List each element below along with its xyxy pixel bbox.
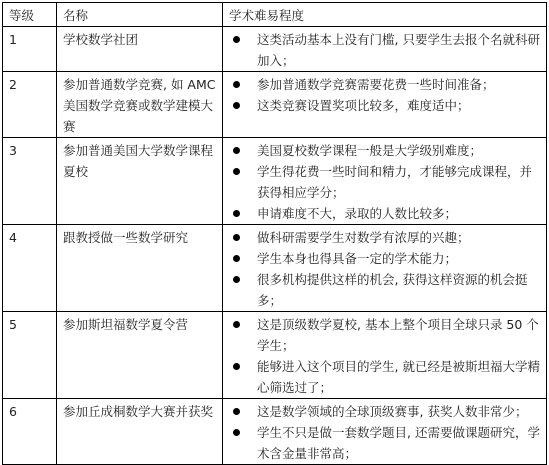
difficulty-cell: 这是数学领域的全球顶级赛事, 获奖人数非常少； 学生不只是做一套数学题目, 还需… [223, 399, 547, 458]
bullet-icon [233, 429, 240, 436]
bullet-icon [233, 321, 240, 328]
level-cell: 6 [3, 399, 57, 458]
bullet-icon [233, 36, 240, 43]
bullet-item: 这是顶级数学夏校, 基本上整个项目全球只录 50 个学生； [229, 314, 542, 356]
bullet-text: 学生不只是做一套数学题目, 还需要做课题研究，学术含金量非常高； [257, 425, 540, 457]
level-cell: 3 [3, 138, 57, 225]
bullet-item: 美国夏校数学课程一般是大学级别难度； [229, 140, 542, 161]
difficulty-cell: 美国夏校数学课程一般是大学级别难度； 学生得花费一些时间和精力，才能够完成课程，… [223, 138, 547, 225]
bullet-item: 很多机构提供这样的机会, 获得这样资源的机会挺多； [229, 269, 542, 311]
name-cell: 参加丘成桐数学大赛并获奖 [57, 399, 223, 458]
table-row: 6 参加丘成桐数学大赛并获奖 这是数学领域的全球顶级赛事, 获奖人数非常少； 学… [3, 399, 547, 458]
name-cell: 参加斯坦福数学夏令营 [57, 312, 223, 399]
bullet-text: 参加普通数学竞赛需要花费一些时间准备； [257, 77, 495, 92]
bullet-item: 申请难度不大，录取的人数比较多； [229, 203, 542, 224]
header-difficulty: 学术难易程度 [223, 3, 547, 27]
bullet-item: 学生得花费一些时间和精力，才能够完成课程，并获得相应学分； [229, 161, 542, 203]
table-row: 3 参加普通美国大学数学课程夏校 美国夏校数学课程一般是大学级别难度； 学生得花… [3, 138, 547, 225]
bullet-icon [233, 102, 240, 109]
table-row: 4 跟教授做一些数学研究 做科研需要学生对数学有浓厚的兴趣； 学生本身也得具备一… [3, 225, 547, 312]
difficulty-cell: 参加普通数学竞赛需要花费一些时间准备； 这类竞赛设置奖项比较多，难度适中； [223, 72, 547, 138]
level-cell: 4 [3, 225, 57, 312]
bullet-item: 这是数学领域的全球顶级赛事, 获奖人数非常少； [229, 401, 542, 422]
bullet-text: 学生本身也得具备一定的学术能力； [257, 251, 457, 266]
table-row: 5 参加斯坦福数学夏令营 这是顶级数学夏校, 基本上整个项目全球只录 50 个学… [3, 312, 547, 399]
bullet-icon [233, 363, 240, 370]
header-name: 名称 [57, 3, 223, 27]
level-cell: 2 [3, 72, 57, 138]
header-level: 等级 [3, 3, 57, 27]
difficulty-cell: 这类活动基本上没有门槛, 只要学生去报个名就科研加入； [223, 27, 547, 72]
bullet-item: 学生本身也得具备一定的学术能力； [229, 248, 542, 269]
table-row: 2 参加普通数学竞赛, 如 AMC 美国数学竞赛或数学建模大赛 参加普通数学竞赛… [3, 72, 547, 138]
bullet-item: 学生不只是做一套数学题目, 还需要做课题研究，学术含金量非常高； [229, 422, 542, 457]
level-cell: 1 [3, 27, 57, 72]
bullet-icon [233, 234, 240, 241]
bullet-text: 这类竞赛设置奖项比较多，难度适中； [257, 98, 470, 113]
bullet-item: 做科研需要学生对数学有浓厚的兴趣； [229, 227, 542, 248]
difficulty-cell: 这是顶级数学夏校, 基本上整个项目全球只录 50 个学生； 能够进入这个项目的学… [223, 312, 547, 399]
bullet-icon [233, 81, 240, 88]
bullet-text: 这是数学领域的全球顶级赛事, 获奖人数非常少； [257, 404, 527, 419]
bullet-text: 这是顶级数学夏校, 基本上整个项目全球只录 50 个学生； [257, 317, 539, 353]
bullet-text: 这类活动基本上没有门槛, 只要学生去报个名就科研加入； [257, 32, 540, 68]
bullet-item: 参加普通数学竞赛需要花费一些时间准备； [229, 74, 542, 95]
level-cell: 5 [3, 312, 57, 399]
name-cell: 学校数学社团 [57, 27, 223, 72]
bullet-item: 这类活动基本上没有门槛, 只要学生去报个名就科研加入； [229, 29, 542, 71]
bullet-text: 很多机构提供这样的机会, 获得这样资源的机会挺多； [257, 272, 527, 308]
bullet-text: 做科研需要学生对数学有浓厚的兴趣； [257, 230, 470, 245]
bullet-icon [233, 147, 240, 154]
header-row: 等级 名称 学术难易程度 [3, 3, 547, 27]
bullet-item: 这类竞赛设置奖项比较多，难度适中； [229, 95, 542, 116]
name-cell: 参加普通美国大学数学课程夏校 [57, 138, 223, 225]
bullet-text: 能够进入这个项目的学生, 就已经是被斯坦福大学精心筛选过了； [257, 359, 540, 395]
bullet-text: 学生得花费一些时间和精力，才能够完成课程，并获得相应学分； [257, 164, 532, 200]
bullet-text: 美国夏校数学课程一般是大学级别难度； [257, 143, 482, 158]
bullet-text: 申请难度不大，录取的人数比较多； [257, 206, 457, 221]
bullet-icon [233, 276, 240, 283]
math-activities-table: 等级 名称 学术难易程度 1 学校数学社团 这类活动基本上没有门槛, 只要学生去… [2, 2, 547, 457]
name-cell: 跟教授做一些数学研究 [57, 225, 223, 312]
bullet-item: 能够进入这个项目的学生, 就已经是被斯坦福大学精心筛选过了； [229, 356, 542, 398]
bullet-icon [233, 255, 240, 262]
bullet-icon [233, 168, 240, 175]
bullet-icon [233, 408, 240, 415]
bullet-icon [233, 210, 240, 217]
name-cell: 参加普通数学竞赛, 如 AMC 美国数学竞赛或数学建模大赛 [57, 72, 223, 138]
table-row: 1 学校数学社团 这类活动基本上没有门槛, 只要学生去报个名就科研加入； [3, 27, 547, 72]
difficulty-cell: 做科研需要学生对数学有浓厚的兴趣； 学生本身也得具备一定的学术能力； 很多机构提… [223, 225, 547, 312]
